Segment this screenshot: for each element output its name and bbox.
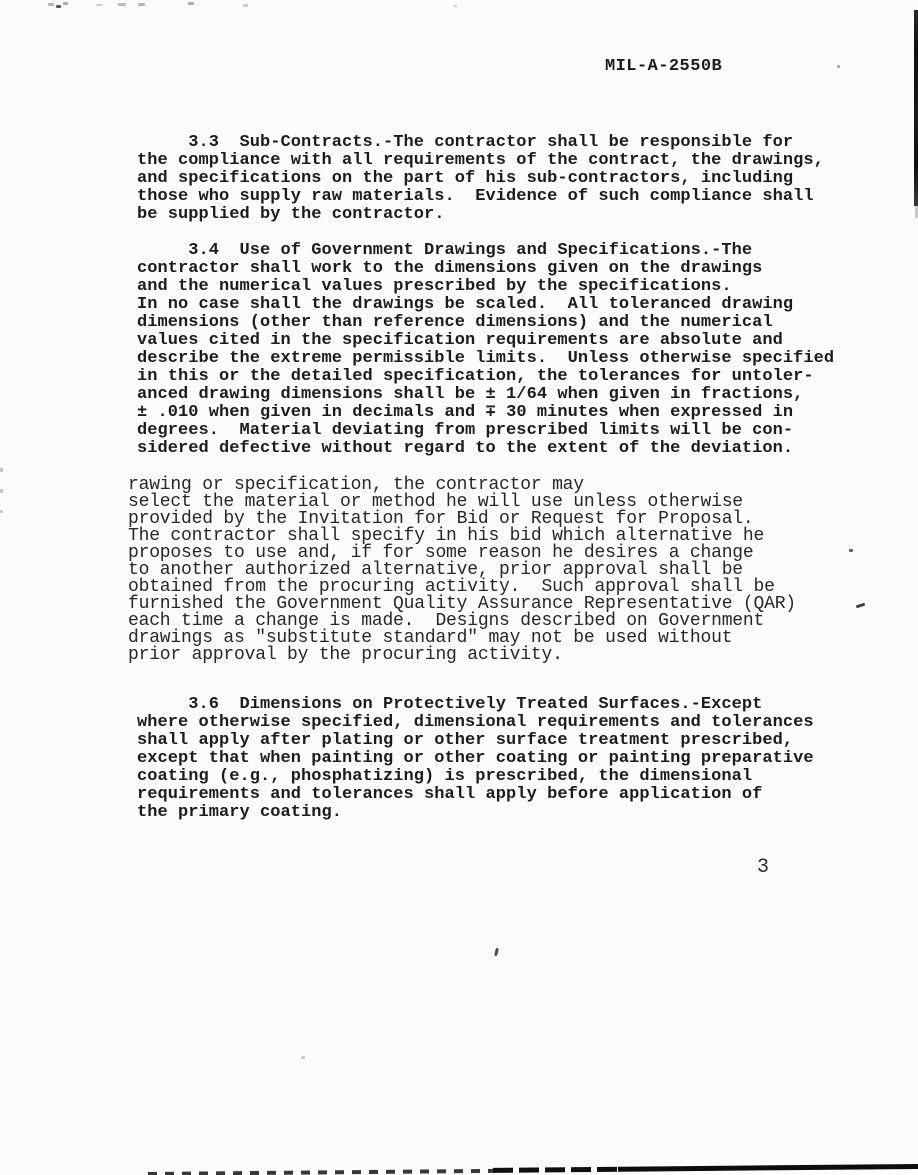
scan-speck: [0, 489, 3, 493]
scan-edge-line: [914, 10, 918, 206]
paragraph-3-3: 3.3 Sub-Contracts.-The contractor shall …: [137, 134, 824, 224]
scanned-document-page: MIL-A-2550B 3.3 Sub-Contracts.-The contr…: [0, 0, 918, 1175]
scan-speck: [494, 948, 499, 956]
scan-bottom-bar-dashes: [493, 1167, 623, 1173]
scan-speck: [837, 65, 840, 68]
scan-speck: [138, 3, 145, 6]
scan-speck: [0, 468, 3, 472]
document-id-header: MIL-A-2550B: [605, 58, 722, 76]
scan-speck: [453, 5, 457, 7]
scan-speck: [188, 2, 194, 5]
paragraph-3-4: 3.4 Use of Government Drawings and Speci…: [137, 242, 834, 458]
scan-bottom-bar-solid: [618, 1164, 918, 1172]
scan-speck: [56, 5, 61, 8]
scan-bottom-bar-dashes: [148, 1169, 493, 1175]
scan-speck: [243, 4, 248, 7]
scan-speck: [48, 3, 54, 6]
scan-speck: [118, 3, 126, 6]
paragraph-3-6: 3.6 Dimensions on Protectively Treated S…: [137, 696, 814, 822]
page-number: 3: [757, 857, 769, 879]
scan-speck: [849, 549, 853, 552]
scan-speck: [96, 4, 103, 6]
scan-bottom-bar: [148, 1164, 918, 1175]
scan-speck: [856, 603, 865, 609]
scan-speck: [301, 1056, 305, 1059]
scan-speck: [63, 2, 68, 5]
scan-speck: [0, 510, 3, 513]
paragraph-3-5-fragment: rawing or specification, the contractor …: [128, 477, 796, 664]
